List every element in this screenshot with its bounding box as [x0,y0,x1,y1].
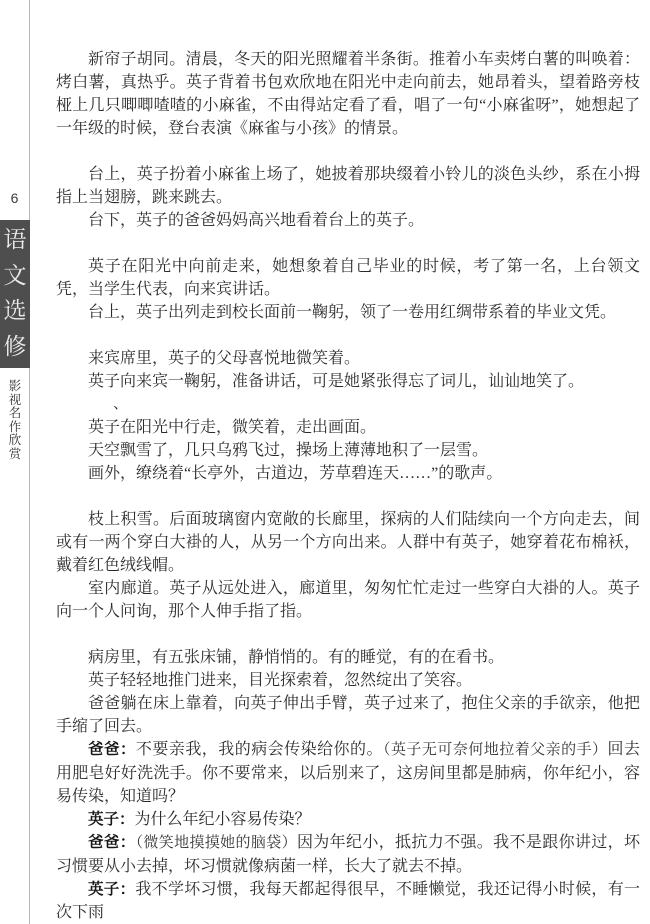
series-subtitle-char: 影 [0,380,30,394]
speaker-label: 爸爸： [88,741,136,758]
dialogue-paragraph: 爸爸：不要亲我，我的病会传染给你的。（英子无可奈何地拉着父亲的手）回去用肥皂好好… [56,738,640,808]
scene-paragraph: 病房里，有五张床铺，静悄悄的。有的睡觉，有的在看书。 [56,646,640,669]
scene-paragraph: 画外，缭绕着“长亭外，古道边，芳草碧连天……”的歌声。 [56,462,640,485]
dialogue-paragraph: 英子：为什么年纪小容易传染？ [56,808,640,831]
page-number: 6 [0,190,29,206]
scene-paragraph: 室内廊道。英子从远处进入，廊道里，匆匆忙忙走过一些穿白大褂的人。英子向一个人问询… [56,577,640,623]
paragraph-gap [56,324,640,347]
series-subtitle-char: 赏 [0,448,30,462]
series-subtitle: 影视名作欣赏 [0,380,30,461]
stray-mark: 、 [56,393,640,416]
page-body: 新帘子胡同。清晨，冬天的阳光照耀着半条街。推着小车卖烤白薯的叫唤着：烤白薯，真热… [56,48,640,924]
scene-paragraph: 英子轻轻地推门进来，目光探索着，忽然绽出了笑容。 [56,669,640,692]
series-subtitle-char: 名 [0,407,30,421]
scene-paragraph: 台上，英子出列走到校长面前一鞠躬，领了一卷用红绸带系着的毕业文凭。 [56,301,640,324]
series-title-block: 语文选修 [0,220,30,368]
paragraph-gap [56,623,640,646]
scene-paragraph: 台下，英子的爸爸妈妈高兴地看着台上的英子。 [56,209,640,232]
scene-paragraph: 英子向来宾一鞠躬，准备讲话，可是她紧张得忘了词儿，讪讪地笑了。 [56,370,640,393]
scene-paragraph: 台上，英子扮着小麻雀上场了，她披着那块缀着小铃儿的淡色头纱，系在小拇指上当翅膀，… [56,163,640,209]
book-page: 6 语文选修 影视名作欣赏 新帘子胡同。清晨，冬天的阳光照耀着半条街。推着小车卖… [0,0,650,924]
dialogue-paragraph: 爸爸：（微笑地摸摸她的脑袋）因为年纪小，抵抗力不强。我不是跟你讲过，坏习惯要从小… [56,831,640,878]
speaker-label: 英子： [88,811,135,828]
scene-paragraph: 天空飘雪了，几只乌鸦飞过，操场上薄薄地积了一层雪。 [56,439,640,462]
paragraph-gap [56,140,640,163]
scene-paragraph: 爸爸躺在床上靠着，向英子伸出手臂，英子过来了，抱住父亲的手欲亲，他把手缩了回去。 [56,692,640,738]
margin-rule [29,0,30,924]
series-subtitle-char: 视 [0,394,30,408]
dialogue-paragraph: 英子：我不学坏习惯，我每天都起得很早，不睡懒觉，我还记得小时候，有一次下雨 [56,878,640,924]
scene-paragraph: 英子在阳光中行走，微笑着，走出画面。 [56,416,640,439]
paragraph-gap [56,485,640,508]
series-title-char: 文 [4,265,27,288]
series-title-char: 修 [4,336,27,359]
stage-direction: （微笑地摸摸她的脑袋） [136,835,297,851]
series-title-char: 选 [4,300,27,323]
speaker-label: 爸爸： [88,834,136,851]
scene-paragraph: 新帘子胡同。清晨，冬天的阳光照耀着半条街。推着小车卖烤白薯的叫唤着：烤白薯，真热… [56,48,640,140]
scene-paragraph: 枝上积雪。后面玻璃窗内宽敞的长廊里，探病的人们陆续向一个方向走去，间或有一两个穿… [56,508,640,577]
speaker-label: 英子： [88,881,135,898]
series-subtitle-char: 作 [0,421,30,435]
scene-paragraph: 来宾席里，英子的父母喜悦地微笑着。 [56,347,640,370]
stage-direction: （英子无可奈何地拉着父亲的手） [383,742,608,758]
paragraph-gap [56,232,640,255]
series-subtitle-char: 欣 [0,434,30,448]
series-title-char: 语 [4,229,27,252]
scene-paragraph: 英子在阳光中向前走来，她想象着自己毕业的时候，考了第一名，上台领文凭，当学生代表… [56,255,640,301]
